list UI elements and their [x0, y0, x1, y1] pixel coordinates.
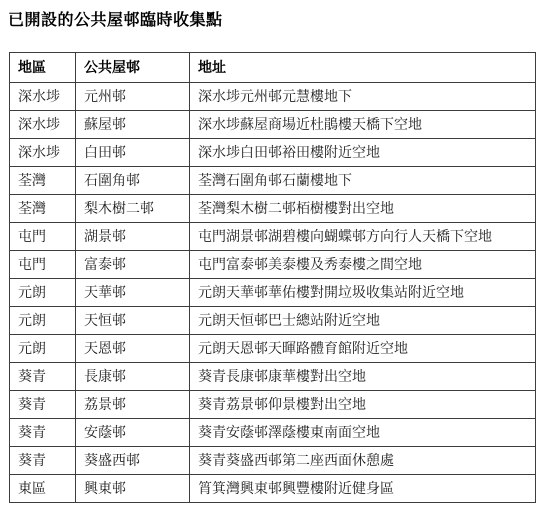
cell-estate: 長康邨	[76, 363, 190, 391]
table-body: 深水埗元州邨深水埗元州邨元慧樓地下深水埗蘇屋邨深水埗蘇屋商場近杜鵑樓天橋下空地深…	[10, 83, 536, 503]
table-row: 葵青安蔭邨葵青安蔭邨澤蔭樓東南面空地	[10, 419, 536, 447]
cell-district: 深水埗	[10, 111, 76, 139]
cell-district: 深水埗	[10, 83, 76, 111]
cell-address: 葵青長康邨康華樓對出空地	[190, 363, 536, 391]
table-row: 葵青長康邨葵青長康邨康華樓對出空地	[10, 363, 536, 391]
table-row: 元朗天恒邨元朗天恒邨巴士總站附近空地	[10, 307, 536, 335]
cell-district: 東區	[10, 475, 76, 503]
cell-estate: 蘇屋邨	[76, 111, 190, 139]
table-row: 深水埗蘇屋邨深水埗蘇屋商場近杜鵑樓天橋下空地	[10, 111, 536, 139]
cell-estate: 葵盛西邨	[76, 447, 190, 475]
cell-estate: 白田邨	[76, 139, 190, 167]
cell-district: 元朗	[10, 307, 76, 335]
cell-estate: 石圍角邨	[76, 167, 190, 195]
collection-points-table: 地區 公共屋邨 地址 深水埗元州邨深水埗元州邨元慧樓地下深水埗蘇屋邨深水埗蘇屋商…	[9, 52, 536, 503]
cell-estate: 梨木樹二邨	[76, 195, 190, 223]
cell-address: 元朗天恩邨天暉路體育館附近空地	[190, 335, 536, 363]
cell-address: 葵青安蔭邨澤蔭樓東南面空地	[190, 419, 536, 447]
cell-estate: 興東邨	[76, 475, 190, 503]
cell-estate: 天恒邨	[76, 307, 190, 335]
table-row: 元朗天華邨元朗天華邨華佑樓對開垃圾收集站附近空地	[10, 279, 536, 307]
table-header-row: 地區 公共屋邨 地址	[10, 53, 536, 83]
table-row: 屯門富泰邨屯門富泰邨美泰樓及秀泰樓之間空地	[10, 251, 536, 279]
column-header-district: 地區	[10, 53, 76, 83]
table-row: 葵青荔景邨葵青荔景邨仰景樓對出空地	[10, 391, 536, 419]
cell-estate: 天恩邨	[76, 335, 190, 363]
cell-estate: 安蔭邨	[76, 419, 190, 447]
table-row: 元朗天恩邨元朗天恩邨天暉路體育館附近空地	[10, 335, 536, 363]
cell-district: 荃灣	[10, 167, 76, 195]
cell-district: 元朗	[10, 279, 76, 307]
cell-estate: 富泰邨	[76, 251, 190, 279]
cell-district: 荃灣	[10, 195, 76, 223]
page-title: 已開設的公共屋邨臨時收集點	[8, 7, 535, 30]
cell-estate: 天華邨	[76, 279, 190, 307]
table-row: 屯門湖景邨屯門湖景邨湖碧樓向蝴蝶邨方向行人天橋下空地	[10, 223, 536, 251]
cell-address: 荃灣石圍角邨石蘭樓地下	[190, 167, 536, 195]
cell-estate: 湖景邨	[76, 223, 190, 251]
column-header-address: 地址	[190, 53, 536, 83]
document-page: 已開設的公共屋邨臨時收集點 地區 公共屋邨 地址 深水埗元州邨深水埗元州邨元慧樓…	[0, 0, 541, 532]
cell-district: 葵青	[10, 391, 76, 419]
cell-address: 深水埗蘇屋商場近杜鵑樓天橋下空地	[190, 111, 536, 139]
cell-address: 元朗天華邨華佑樓對開垃圾收集站附近空地	[190, 279, 536, 307]
table-row: 深水埗元州邨深水埗元州邨元慧樓地下	[10, 83, 536, 111]
cell-address: 屯門富泰邨美泰樓及秀泰樓之間空地	[190, 251, 536, 279]
cell-estate: 荔景邨	[76, 391, 190, 419]
cell-district: 葵青	[10, 363, 76, 391]
cell-district: 屯門	[10, 251, 76, 279]
cell-address: 葵青荔景邨仰景樓對出空地	[190, 391, 536, 419]
cell-address: 筲箕灣興東邨興豐樓附近健身區	[190, 475, 536, 503]
column-header-estate: 公共屋邨	[76, 53, 190, 83]
cell-address: 深水埗元州邨元慧樓地下	[190, 83, 536, 111]
table-row: 東區興東邨筲箕灣興東邨興豐樓附近健身區	[10, 475, 536, 503]
table-row: 葵青葵盛西邨葵青葵盛西邨第二座西面休憩處	[10, 447, 536, 475]
cell-district: 葵青	[10, 447, 76, 475]
cell-district: 深水埗	[10, 139, 76, 167]
cell-address: 葵青葵盛西邨第二座西面休憩處	[190, 447, 536, 475]
cell-address: 荃灣梨木樹二邨栢樹樓對出空地	[190, 195, 536, 223]
table-row: 深水埗白田邨深水埗白田邨裕田樓附近空地	[10, 139, 536, 167]
cell-address: 屯門湖景邨湖碧樓向蝴蝶邨方向行人天橋下空地	[190, 223, 536, 251]
cell-district: 葵青	[10, 419, 76, 447]
cell-district: 元朗	[10, 335, 76, 363]
cell-address: 深水埗白田邨裕田樓附近空地	[190, 139, 536, 167]
cell-address: 元朗天恒邨巴士總站附近空地	[190, 307, 536, 335]
cell-estate: 元州邨	[76, 83, 190, 111]
table-row: 荃灣石圍角邨荃灣石圍角邨石蘭樓地下	[10, 167, 536, 195]
cell-district: 屯門	[10, 223, 76, 251]
table-row: 荃灣梨木樹二邨荃灣梨木樹二邨栢樹樓對出空地	[10, 195, 536, 223]
